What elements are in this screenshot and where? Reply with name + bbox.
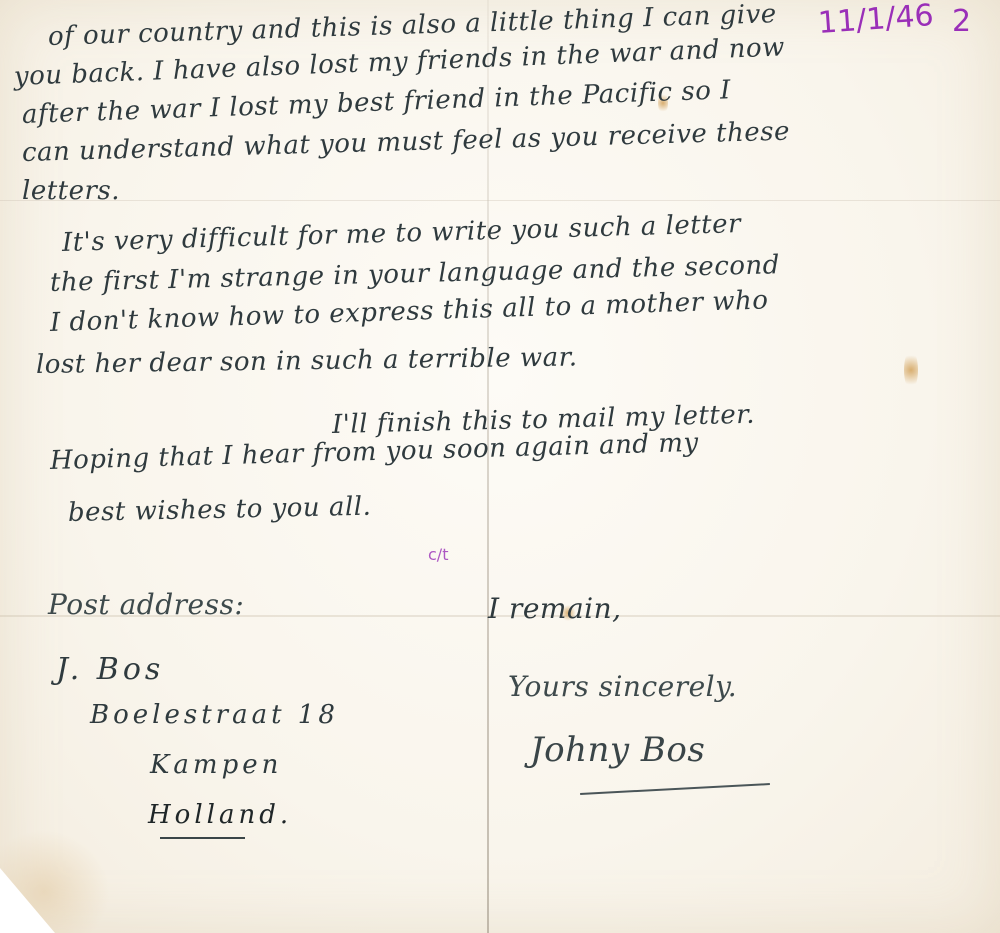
letter-line: best wishes to you all. [68, 492, 372, 528]
letter-line: letters. [22, 176, 120, 206]
date-annotation: 11/1/46 [817, 0, 935, 41]
horizontal-fold-crease [0, 200, 1000, 201]
address-street: Boelestraat 18 [90, 700, 339, 730]
letter-line: It's very difficult for me to write you … [62, 209, 742, 258]
closing-remain: I remain, [488, 592, 622, 625]
signature-flourish [580, 783, 770, 795]
address-country: Holland. [148, 800, 292, 830]
archival-mark: c/t [428, 548, 448, 562]
torn-corner [0, 868, 55, 933]
valediction: Yours sincerely. [508, 670, 737, 703]
letter-line: lost her dear son in such a terrible war… [36, 342, 578, 380]
letter-page: 11/1/46 2 of our country and this is als… [0, 0, 1000, 933]
address-city: Kampen [150, 750, 282, 780]
address-underline [160, 837, 245, 839]
page-number-annotation: 2 [952, 4, 971, 39]
rust-stain [904, 350, 918, 390]
address-label: Post address: [48, 588, 244, 621]
address-name: J. Bos [56, 652, 164, 687]
signature: Johny Bos [530, 730, 705, 770]
